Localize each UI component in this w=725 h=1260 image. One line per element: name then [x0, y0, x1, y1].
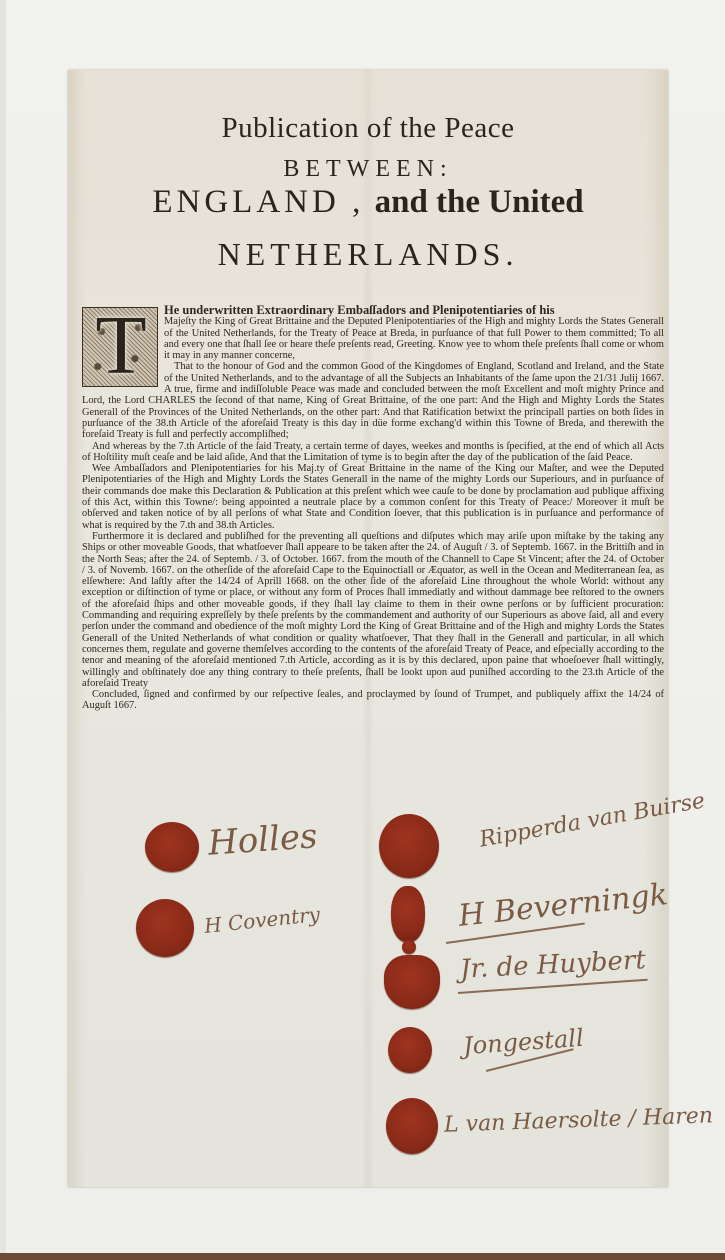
wax-seal — [386, 1098, 438, 1154]
wax-seal — [388, 1027, 432, 1073]
wax-seal — [379, 814, 439, 878]
document-sheet: Publication of the Peace BETWEEN: ENGLAN… — [68, 70, 668, 1187]
ornamental-drop-cap-icon: T — [82, 307, 158, 387]
paragraph: Wee Ambaſſadors and Plenipotentiaries fo… — [82, 463, 664, 531]
title-line-4: NETHERLANDS. — [68, 236, 668, 273]
signature: Jr. de Huybert — [459, 945, 646, 985]
lead-line: He underwritten Extraordinary Embaſſador… — [82, 305, 664, 316]
signature: Holles — [207, 816, 319, 864]
paragraph: And whereas by the 7.th Article of the ſ… — [82, 441, 664, 464]
paragraph: That to the honour of God and the common… — [82, 361, 664, 440]
wax-seal — [136, 899, 194, 957]
title-line-2: BETWEEN: — [68, 156, 668, 183]
paragraph: Majeſty the King of Great Brittaine and … — [82, 316, 664, 361]
title-england: ENGLAND , — [152, 184, 364, 220]
title-united: and the United — [375, 184, 584, 220]
wax-seal — [402, 940, 416, 954]
title-line-1: Publication of the Peace — [68, 112, 668, 145]
paragraph: Concluded, ſigned and confirmed by our r… — [82, 689, 664, 712]
paragraph: Furthermore it is declared and publiſhed… — [82, 531, 664, 689]
signature: Jongestall — [462, 1024, 584, 1060]
signature: H Coventry — [203, 902, 321, 938]
proclamation-body: T He underwritten Extraordinary Embaſſad… — [82, 305, 664, 712]
wax-seal — [384, 955, 440, 1009]
wax-seal — [145, 822, 199, 872]
title-line-3: ENGLAND , and the United — [68, 184, 668, 221]
wax-seal — [391, 886, 425, 942]
frame-edge — [0, 1253, 725, 1260]
